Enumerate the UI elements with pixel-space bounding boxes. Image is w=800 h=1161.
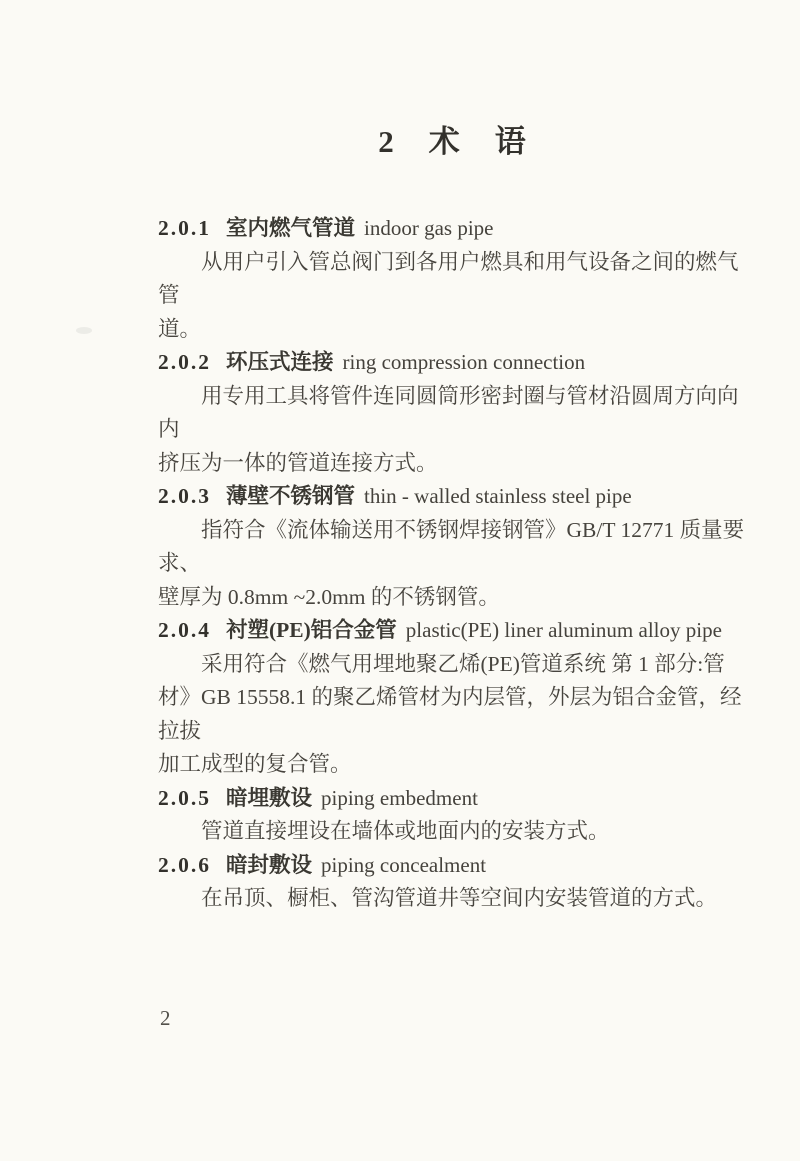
- terminology-content: 2.0.1室内燃气管道indoor gas pipe 从用户引入管总阀门到各用户…: [158, 212, 750, 916]
- term-english: plastic(PE) liner aluminum alloy pipe: [406, 618, 722, 642]
- term-english: indoor gas pipe: [364, 216, 493, 240]
- clause-number: 2.0.5: [158, 786, 211, 810]
- term-section: 2.0.3薄壁不锈钢管thin - walled stainless steel…: [158, 480, 750, 614]
- term-heading: 2.0.5暗埋敷设piping embedment: [158, 782, 750, 816]
- term-heading: 2.0.3薄壁不锈钢管thin - walled stainless steel…: [158, 480, 750, 514]
- clause-number: 2.0.6: [158, 853, 211, 877]
- term-heading: 2.0.1室内燃气管道indoor gas pipe: [158, 212, 750, 246]
- clause-number: 2.0.4: [158, 618, 211, 642]
- term-heading: 2.0.4衬塑(PE)铝合金管plastic(PE) liner aluminu…: [158, 614, 750, 648]
- definition-line: 加工成型的复合管。: [158, 748, 750, 782]
- document-page: 2 术 语 2.0.1室内燃气管道indoor gas pipe 从用户引入管总…: [0, 0, 800, 1161]
- term-section: 2.0.4衬塑(PE)铝合金管plastic(PE) liner aluminu…: [158, 614, 750, 782]
- term-section: 2.0.1室内燃气管道indoor gas pipe 从用户引入管总阀门到各用户…: [158, 212, 750, 346]
- term-chinese: 薄壁不锈钢管: [226, 484, 355, 508]
- term-section: 2.0.2环压式连接ring compression connection 用专…: [158, 346, 750, 480]
- clause-number: 2.0.2: [158, 350, 211, 374]
- definition-line: 从用户引入管总阀门到各用户燃具和用气设备之间的燃气管: [158, 246, 750, 313]
- definition-line: 材》GB 15558.1 的聚乙烯管材为内层管，外层为铝合金管，经拉拔: [158, 681, 750, 748]
- term-english: ring compression connection: [343, 350, 586, 374]
- definition-line: 挤压为一体的管道连接方式。: [158, 447, 750, 481]
- term-section: 2.0.6暗封敷设piping concealment 在吊顶、橱柜、管沟管道井…: [158, 849, 750, 916]
- definition-line: 道。: [158, 313, 750, 347]
- chapter-title: 2 术 语: [158, 122, 748, 162]
- term-section: 2.0.5暗埋敷设piping embedment 管道直接埋设在墙体或地面内的…: [158, 782, 750, 849]
- definition-line: 管道直接埋设在墙体或地面内的安装方式。: [158, 815, 750, 849]
- term-chinese: 环压式连接: [226, 350, 334, 374]
- definition-line: 指符合《流体输送用不锈钢焊接钢管》GB/T 12771 质量要求、: [158, 514, 750, 581]
- definition-line: 在吊顶、橱柜、管沟管道井等空间内安装管道的方式。: [158, 882, 750, 916]
- scan-smudge: [76, 327, 92, 334]
- page-number: 2: [160, 1006, 171, 1031]
- definition-line: 壁厚为 0.8mm ~2.0mm 的不锈钢管。: [158, 581, 750, 615]
- term-chinese: 室内燃气管道: [226, 216, 355, 240]
- term-english: piping embedment: [321, 786, 478, 810]
- term-chinese: 暗封敷设: [226, 853, 312, 877]
- definition-line: 用专用工具将管件连同圆筒形密封圈与管材沿圆周方向向内: [158, 380, 750, 447]
- term-heading: 2.0.2环压式连接ring compression connection: [158, 346, 750, 380]
- term-english: piping concealment: [321, 853, 486, 877]
- clause-number: 2.0.1: [158, 216, 211, 240]
- term-chinese: 衬塑(PE)铝合金管: [226, 618, 397, 642]
- definition-line: 采用符合《燃气用埋地聚乙烯(PE)管道系统 第 1 部分:管: [158, 648, 750, 682]
- term-english: thin - walled stainless steel pipe: [364, 484, 632, 508]
- clause-number: 2.0.3: [158, 484, 211, 508]
- term-chinese: 暗埋敷设: [226, 786, 312, 810]
- term-heading: 2.0.6暗封敷设piping concealment: [158, 849, 750, 883]
